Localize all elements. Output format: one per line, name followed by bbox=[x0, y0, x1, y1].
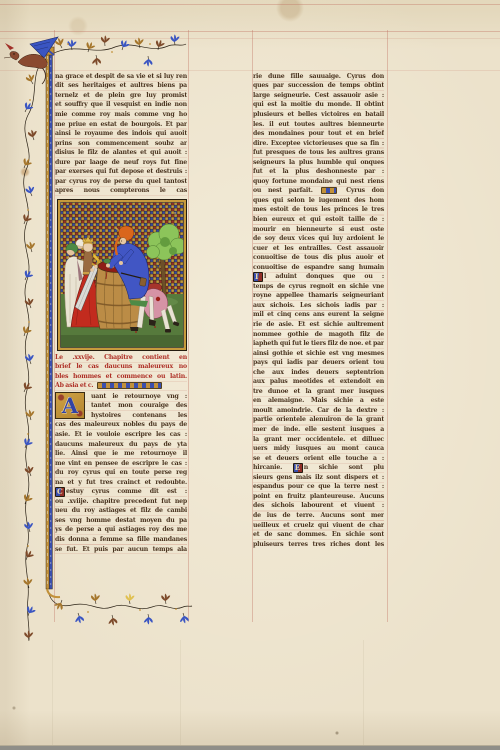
text-line: et de sanc dommes. En sichie sont bbox=[253, 530, 384, 540]
text-line: point en fruitz planteureuse. Aucuns bbox=[253, 492, 384, 502]
text-line: che aux indes deuers septentrion bbox=[253, 368, 384, 378]
text-line: cuer et les entrailles. Cest assauoir bbox=[253, 244, 384, 254]
page-bottom-edge bbox=[0, 745, 500, 750]
rubric-red-text: Le .xxvije. Chapitre contient enbrief le… bbox=[55, 353, 187, 391]
text-line: seigneurs la plus humble qui onques bbox=[253, 158, 384, 168]
text-line: dis donna a femme sa fille mandanes bbox=[55, 535, 187, 545]
text-line: fut et la plus deshonneste par : bbox=[253, 167, 384, 177]
small-initial: E bbox=[293, 463, 303, 473]
text-line: Il aduint donques que ou : bbox=[253, 272, 384, 282]
text-line: ys de perse a qui astiages roy des me bbox=[55, 525, 187, 535]
left-column-upper-text: na grace et despit de sa vie et si luy r… bbox=[55, 72, 187, 196]
text-line: dit ses heritaiges et aultres biens pa bbox=[55, 81, 187, 91]
text-line: des mondaines pour tout et en brief bbox=[253, 129, 384, 139]
text-line: hircanie. En sichie sont plu bbox=[253, 463, 384, 473]
text-line: daucuns maleureux du pays de yta bbox=[55, 440, 187, 450]
text-line: dire. Exceptee victorieuses que sa fin : bbox=[253, 139, 384, 149]
text-line: asie. Et ie vouloie escripre les cas : bbox=[55, 430, 187, 440]
text-line: ou .xviije. chapitre precedent fut nep bbox=[55, 497, 187, 507]
text-line: pluiseurs terres tres riches dont les bbox=[253, 540, 384, 550]
text-line: par cyrus roy de perse du quel tantost bbox=[55, 177, 187, 187]
text-line: conuoitise de espandre sang humain bbox=[253, 263, 384, 273]
text-line: plusieurs et belles victoires en batail bbox=[253, 110, 384, 120]
text-line: aux sichois. Les sichois iadis par : bbox=[253, 301, 384, 311]
text-line: royne appellee thamaris seigneuriant bbox=[253, 291, 384, 301]
text-line: large seigneurie. Cest assauoir asie : bbox=[253, 91, 384, 101]
line-filler: line-filler bbox=[321, 187, 337, 194]
text-line: nommee gothie de magoth filz de bbox=[253, 330, 384, 340]
right-column-text: rie dune fille sauuaige. Cyrus donques p… bbox=[253, 72, 384, 549]
small-initial: I bbox=[253, 272, 263, 282]
border-bar-gold bbox=[46, 52, 49, 589]
text-line: qui est la moitie du monde. Il obtint bbox=[253, 100, 384, 110]
text-line: me priue en estat de bourgois. Et par bbox=[55, 120, 187, 130]
text-line: cas des maleureux nobles du pays de bbox=[55, 420, 187, 430]
text-line: iapheth qui fut le tiers filz de noe. et… bbox=[253, 339, 384, 349]
initial-letter: A bbox=[62, 393, 78, 418]
text-line: la grant mer occidentele. et dilluec bbox=[253, 435, 384, 445]
border-bar-blue bbox=[49, 52, 52, 589]
text-line: ses vng homme destat moyen du pa bbox=[55, 516, 187, 526]
text-line: espandus pour ce que la terre nest : bbox=[253, 482, 384, 492]
text-line: bien eureux et qui estoit taille de : bbox=[253, 215, 384, 225]
text-line: ainsi le royaume des indois qui auoit bbox=[55, 129, 187, 139]
rubric-line: Ab asia et c. line-filler bbox=[55, 381, 187, 391]
text-line: moult amoindrie. Car de la dextre : bbox=[253, 406, 384, 416]
text-line: se fut. Et puis par aucun temps ala bbox=[55, 545, 187, 555]
text-line: quoy fortune mondaine qui nest riens bbox=[253, 177, 384, 187]
illuminated-initial: A bbox=[55, 392, 85, 419]
text-line: tre dunoe et la grant mer iusques bbox=[253, 387, 384, 397]
text-line: uers midy iusques au mont cauca bbox=[253, 444, 384, 454]
text-line: les. il eut toutes aultres bienneurte bbox=[253, 120, 384, 130]
rubric-line: Le .xxvije. Chapitre contient en bbox=[55, 353, 187, 363]
text-line: ou nest parfait. line-filler Cyrus don bbox=[253, 186, 384, 196]
text-line: mil et cinq cens ans eurent la seigne bbox=[253, 310, 384, 320]
text-line: ques par succession de temps obtint tres bbox=[253, 81, 384, 91]
rubric-line: brief le cas daucuns maleureux no bbox=[55, 362, 187, 372]
text-line: ueilleux et cruelz qui viuent de char bbox=[253, 521, 384, 531]
text-line: mes estoit de tous les princes le tres bbox=[253, 205, 384, 215]
text-line: disius le filz de alantes et qui auoit : bbox=[55, 148, 187, 158]
text-line: mourir en bienneurte si eust oste bbox=[253, 225, 384, 235]
text-line: ueu du roy astiages et filz de cambi bbox=[55, 506, 187, 516]
text-line: fut presques de tous les aultres grans bbox=[253, 148, 384, 158]
text-line: apres nous compterons le cas line-filler bbox=[55, 186, 187, 196]
line-filler: line-filler bbox=[97, 382, 162, 389]
text-line: du roy cyrus qui en toute perse reg bbox=[55, 468, 187, 478]
text-line: conuoitise de tous dis plus auoir et bbox=[253, 253, 384, 263]
text-line: me vint en pensee de escripre le cas : bbox=[55, 459, 187, 469]
text-line: aux palus meotides et extendoit en bbox=[253, 377, 384, 387]
text-line: mer de inde. elle sestent iusques a bbox=[253, 425, 384, 435]
text-line: de soy deux vices qui luy ardoient le bbox=[253, 234, 384, 244]
text-line: de ius de terre. Aucuns sont mer bbox=[253, 511, 384, 521]
small-initial: C bbox=[55, 487, 65, 497]
manuscript-page: na grace et despit de sa vie et si luy r… bbox=[0, 0, 500, 750]
text-line: pays qui iadis par deuers orient tou bbox=[253, 358, 384, 368]
miniature-illustration bbox=[57, 199, 187, 351]
text-line: Cestuy cyrus comme dit est : bbox=[55, 487, 187, 497]
text-line: et souffry que il vesquist en indie non bbox=[55, 100, 187, 110]
text-line: ainsi gothie et sichie est vng mesmes bbox=[253, 349, 384, 359]
text-line: par exerses qui fut depose et destruis : bbox=[55, 167, 187, 177]
text-line: ques qui selon le iugement des hom bbox=[253, 196, 384, 206]
text-line: na grace et despit de sa vie et si luy r… bbox=[55, 72, 187, 82]
text-line: na et y fut tres crainct et redoubte. bbox=[55, 478, 187, 488]
rubric-line: bles hommes et commence ou latin. bbox=[55, 372, 187, 382]
text-line: partie orientele alenuiron de la grant bbox=[253, 415, 384, 425]
text-line: des sichois labourent et viuent : bbox=[253, 501, 384, 511]
text-line: dure par laage de neuf roys fut fine bbox=[55, 158, 187, 168]
text-line: temps de cyrus regnoit en sichie vne bbox=[253, 282, 384, 292]
text-line: sieurs gens mais ilz sont dispers et : bbox=[253, 473, 384, 483]
text-line: rie de asie. Et est sichie aultrement bbox=[253, 320, 384, 330]
text-line: prins son commencement soubz ar bbox=[55, 139, 187, 149]
text-line: lie. Ainsi que ie me retournoye il bbox=[55, 449, 187, 459]
text-line: ternelz et de plein gre luy promist bbox=[55, 91, 187, 101]
text-line: mie comme roy mais comme vng ho bbox=[55, 110, 187, 120]
text-line: se et deuers orient elle touche a : bbox=[253, 454, 384, 464]
text-line: rie dune fille sauuaige. Cyrus don bbox=[253, 72, 384, 82]
text-line: en alemaigne. Mais sichie a este bbox=[253, 396, 384, 406]
